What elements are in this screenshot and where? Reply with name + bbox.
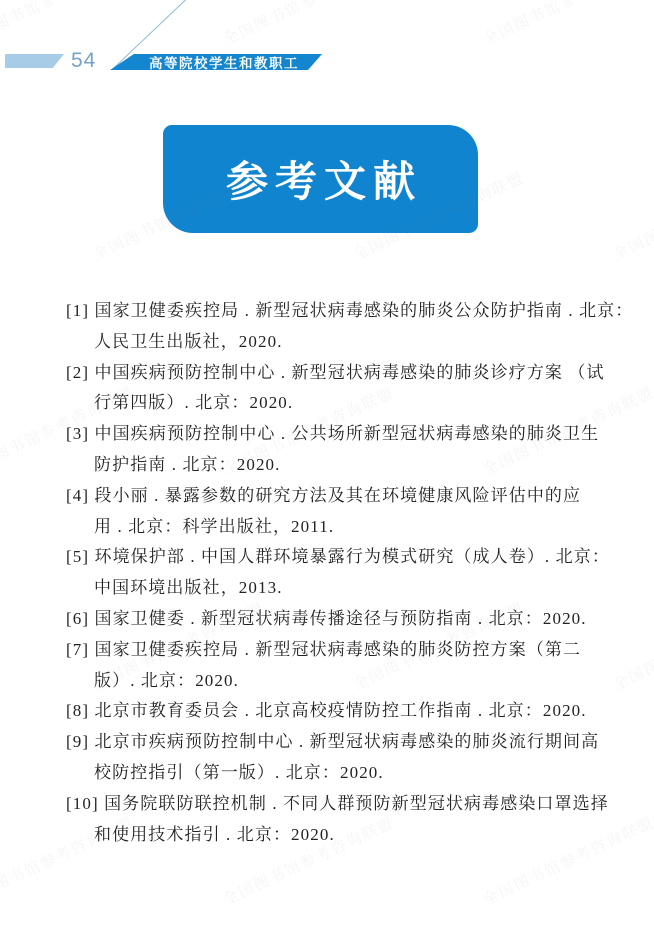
page-number: 54 [71, 49, 96, 73]
reference-line: 中国环境出版社，2013. [94, 573, 591, 604]
reference-line: [8] 北京市教育委员会 . 北京高校疫情防控工作指南 . 北京：2020. [66, 696, 591, 727]
reference-line: 行第四版）. 北京：2020. [94, 388, 591, 419]
document-page: { "page": { "number": "54", "header_titl… [0, 0, 654, 926]
reference-line: 人民卫生出版社，2020. [94, 327, 591, 358]
reference-line: 用 . 北京：科学出版社，2011. [94, 512, 591, 543]
reference-line: 防护指南 . 北京：2020. [94, 450, 591, 481]
watermark-stamp: 全国图书馆参考咨询联盟 [219, 0, 397, 50]
reference-line: [9] 北京市疾病预防控制中心 . 新型冠状病毒感染的肺炎流行期间高 [66, 727, 591, 758]
reference-line: [4] 段小丽 . 暴露参数的研究方法及其在环境健康风险评估中的应 [66, 481, 591, 512]
watermark-stamp: 全国图书馆参考咨询联盟 [609, 166, 654, 264]
reference-line: 校防控指引（第一版）. 北京：2020. [94, 758, 591, 789]
watermark-stamp: 全国图书馆参考咨询联盟 [609, 596, 654, 694]
page-number-bar [5, 54, 64, 68]
reference-line: [5] 环境保护部 . 中国人群环境暴露行为模式研究（成人卷）. 北京： [66, 542, 591, 573]
reference-line: 版）. 北京：2020. [94, 666, 591, 697]
reference-line: [6] 国家卫健委 . 新型冠状病毒传播途径与预防指南 . 北京：2020. [66, 604, 591, 635]
reference-line: 和使用技术指引 . 北京：2020. [94, 820, 591, 851]
section-title-card: 参考文献 [163, 125, 478, 233]
header-banner: 高等院校学生和教职工 [110, 54, 322, 70]
reference-line: [10] 国务院联防联控机制 . 不同人群预防新型冠状病毒感染口罩选择 [66, 789, 591, 820]
reference-line: [3] 中国疾病预防控制中心 . 公共场所新型冠状病毒感染的肺炎卫生 [66, 419, 591, 450]
section-title: 参考文献 [219, 149, 422, 209]
watermark-stamp: 全国图书馆参考咨询联盟 [0, 0, 138, 50]
references-list: [1] 国家卫健委疾控局 . 新型冠状病毒感染的肺炎公众防护指南 . 北京：人民… [66, 296, 591, 850]
reference-line: [2] 中国疾病预防控制中心 . 新型冠状病毒感染的肺炎诊疗方案 （试 [66, 358, 591, 389]
reference-line: [1] 国家卫健委疾控局 . 新型冠状病毒感染的肺炎公众防护指南 . 北京： [66, 296, 591, 327]
header-banner-label: 高等院校学生和教职工 [133, 52, 299, 72]
reference-line: [7] 国家卫健委疾控局 . 新型冠状病毒感染的肺炎防控方案（第二 [66, 635, 591, 666]
watermark-stamp: 全国图书馆参考咨询联盟 [479, 0, 654, 50]
